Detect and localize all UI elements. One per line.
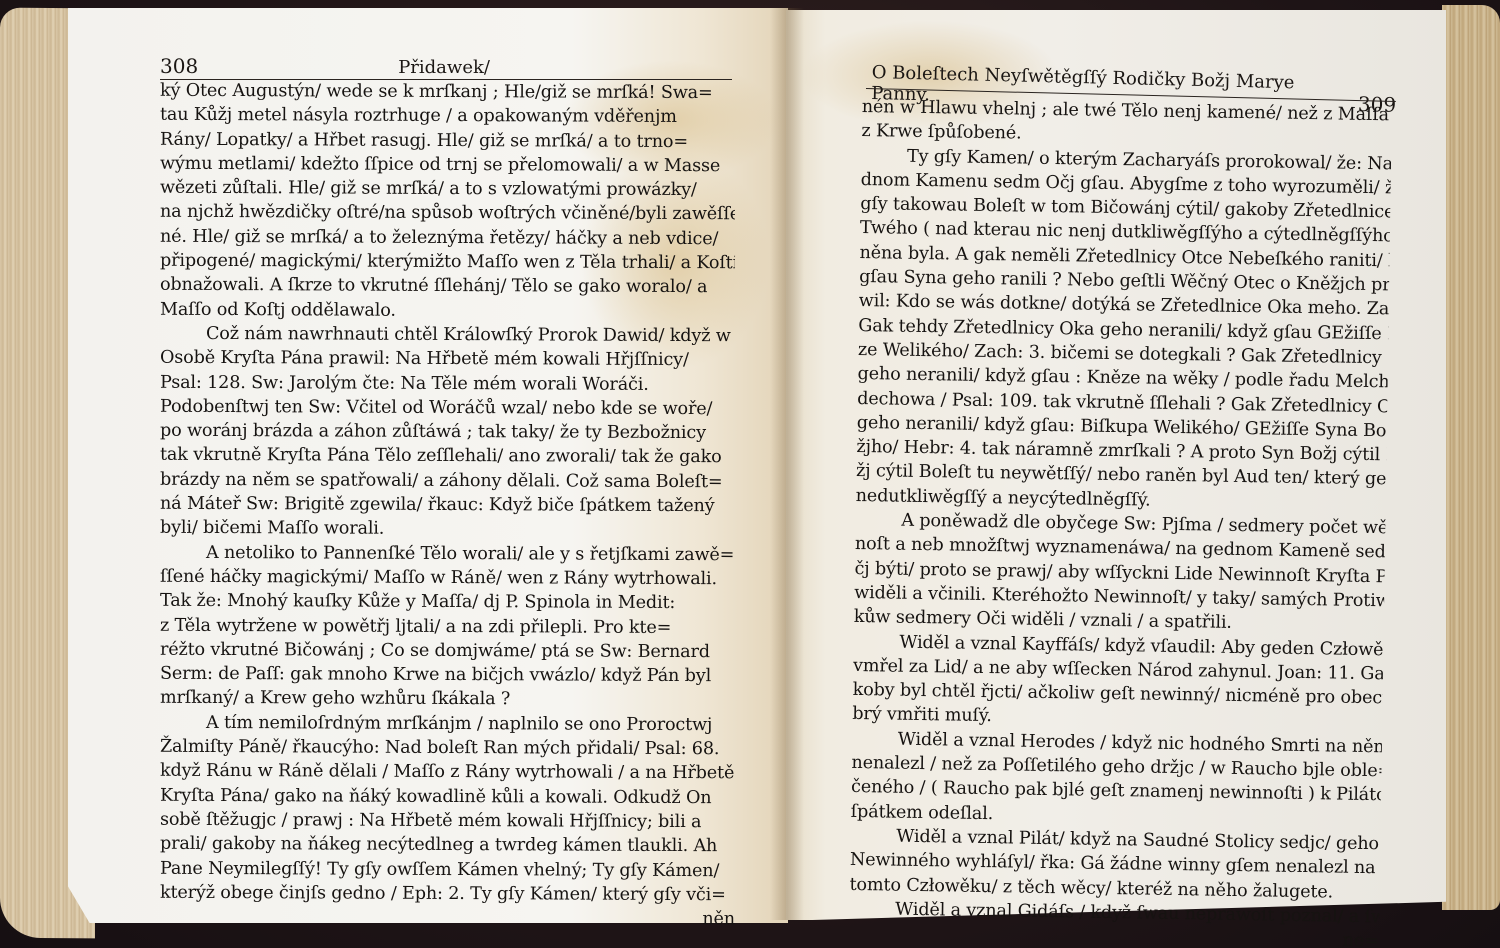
book-spine [770,8,804,920]
right-page-edges [1442,5,1500,910]
text-line: kterýž obege činjſs gedno / Eph: 2. Ty g… [160,881,735,908]
text-line: Psal: 128. Sw: Jarolým čte: Na Těle mém … [160,370,735,397]
text-line: né. Hle/ giž se mrſká/ a to železnýma ře… [160,225,735,252]
text-line: Kryſta Pána/ gako na ňáký kowadlině kůli… [160,783,735,810]
paragraph-start: A netoliko to Pannenſké Tělo worali/ ale… [160,540,735,567]
text-line: ſſené háčky magickými/ Maſſo w Ráně/ wen… [160,565,735,592]
text-line: wězeti zůſtali. Hle/ giž se mrſká/ a to … [160,176,735,203]
text-line: na njchž hwězdičky oſtré/na spůsob woſtr… [160,200,735,227]
text-line: prali/ gakoby na ňákeg necýtedlneg a twr… [160,832,735,859]
text-line: byli/ bičemi Maſſo worali. [160,516,735,543]
text-line: wýmu metlami/ kdežto ſſpice od trnj se p… [160,152,735,179]
text-line: Osobě Kryſta Pána prawil: Na Hřbetě mém … [160,346,735,373]
text-line: Serm: de Paſſ: gak mnoho Krwe na bičjch … [160,662,735,689]
left-page-text: ký Otec Augustýn/ wede se k mrſkanj ; Hl… [160,80,735,930]
text-line: z Těla wytržene w powětřj ljtali/ a na z… [160,613,735,640]
text-line: ký Otec Augustýn/ wede se k mrſkanj ; Hl… [160,79,735,106]
paragraph-start: A tím nemiloſrdným mrſkánjm / naplnilo s… [160,710,735,737]
text-line: po woránj brázda a záhon zůſtáwá ; tak t… [160,419,735,446]
text-line: Pane Neymilegſſý! Ty gſy owſſem Kámen vh… [160,856,735,883]
text-line: réžto vkrutné Bičowánj ; Co se domjwáme/… [160,638,735,665]
text-line: Maſſo od Koſtj oddělawalo. [160,297,735,324]
text-line: připogené/ magickými/ kterýmižto Maſſo w… [160,249,735,276]
text-line: tak vkrutně Kryſta Pána Tělo zeſſlehali/… [160,443,735,470]
paragraph-start: Což nám nawrhnauti chtěl Králowſký Proro… [160,322,735,349]
catchword: něn [160,905,735,932]
text-line: obnažowali. A ſkrze to vkrutné ſſlehánj/… [160,273,735,300]
text-line: Žalmiſty Páně/ řkaucýho: Nad boleſt Ran … [160,735,735,762]
left-page-number: 308 [160,54,198,78]
text-line: Rány/ Lopatky/ a Hřbet rasugj. Hle/ giž … [160,127,735,154]
text-line: ná Máteř Sw: Brigitě zgewila/ řkauc: Kdy… [160,492,735,519]
text-line: Tak že: Mnohý kauſky Kůže y Maſſa/ dj P.… [160,589,735,616]
left-running-title: Přidawek/ [398,57,490,78]
right-page-text: nén w Hlawu vhelnj ; ale twé Tělo nenj k… [849,95,1392,948]
left-page-header: 308 Přidawek/ [160,54,735,78]
text-line: tau Kůžj metel násyla roztrhuge / a opak… [160,103,735,130]
text-line: brázdy na něm se spatřowali/ a záhony dě… [160,467,735,494]
text-line: mrſkaný/ a Krew geho wzhůru ſkákala ? [160,686,735,713]
text-line: sobě ſtěžugjc / prawj : Na Hřbetě mém ko… [160,808,735,835]
text-line: Podobenſtwj ten Sw: Včitel od Woráčů wza… [160,395,735,422]
text-line: když Ránu w Ráně dělali / Maſſo z Rány w… [160,759,735,786]
